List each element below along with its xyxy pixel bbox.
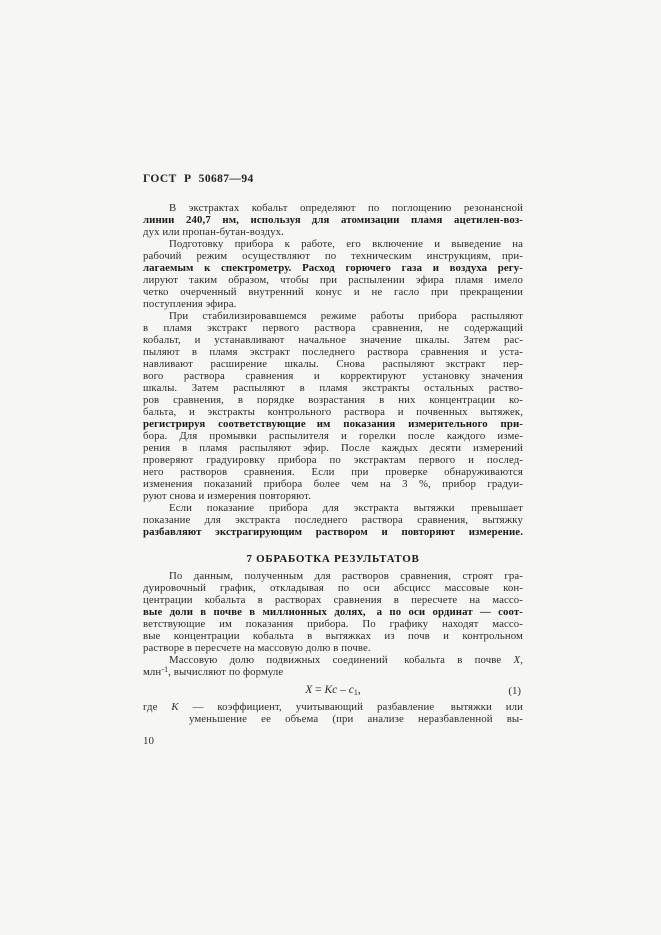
text-line: По данным, полученным для растворов срав… bbox=[143, 570, 523, 582]
text-line: регистрируя соответствующие им показания… bbox=[143, 418, 523, 430]
text-segment: центрации кобальта в растворах сравнения… bbox=[143, 594, 523, 606]
text-segment: бальта, и экстракты контрольного раствор… bbox=[143, 406, 523, 418]
text-segment: уменьшение ее объема (при анализе неразб… bbox=[189, 713, 523, 725]
text-segment: ров сравнения, в порядке возрастания в н… bbox=[143, 394, 523, 406]
text-line: пыляют в пламя экстракт последнего раств… bbox=[143, 346, 523, 358]
text-line: рабочий режим осуществляют по технически… bbox=[143, 250, 523, 262]
text-line: лагаемым к спектрометру. Расход горючего… bbox=[143, 262, 523, 274]
text-segment: навливают расширение шкалы. Снова распыл… bbox=[143, 358, 523, 370]
text-segment: регистрируя соответствующие им показания… bbox=[143, 418, 523, 430]
text-segment: руют снова и измерения повторяют. bbox=[143, 490, 311, 502]
text-segment: пыляют в пламя экстракт последнего раств… bbox=[143, 346, 523, 358]
text-line: него растворов сравнения. Если при прове… bbox=[143, 466, 523, 478]
text-segment: -1 bbox=[161, 666, 168, 674]
text-segment: ветствующие им показания прибора. По гра… bbox=[143, 618, 523, 630]
text-line: кобальт, и устанавливают начальное значе… bbox=[143, 334, 523, 346]
formula-line: X = Kc – c1,(1) bbox=[143, 684, 523, 697]
text-segment: Kc bbox=[325, 684, 338, 696]
text-line: бальта, и экстракты контрольного раствор… bbox=[143, 406, 523, 418]
text-segment: него растворов сравнения. Если при прове… bbox=[143, 466, 523, 478]
text-segment: где bbox=[143, 701, 171, 713]
document-body: В экстрактах кобальт определяют по погло… bbox=[143, 202, 523, 725]
text-line: дуировочный график, откладывая по оси аб… bbox=[143, 582, 523, 594]
text-line: вого раствора сравнения и корректируют у… bbox=[143, 370, 523, 382]
text-segment: линии 240,7 нм, используя для атомизации… bbox=[143, 214, 523, 226]
text-segment: вые концентрации кобальта в вытяжках из … bbox=[143, 630, 523, 642]
formula-number: (1) bbox=[508, 685, 521, 698]
text-line: поступления эфира. bbox=[143, 298, 523, 310]
document-code-header: ГОСТ Р 50687—94 bbox=[143, 173, 523, 185]
text-segment: лагаемым к спектрометру. Расход горючего… bbox=[143, 262, 523, 274]
text-segment: По данным, полученным для растворов срав… bbox=[169, 570, 523, 582]
text-segment: , bbox=[520, 654, 523, 666]
text-line: центрации кобальта в растворах сравнения… bbox=[143, 594, 523, 606]
scan-page: ГОСТ Р 50687—94 В экстрактах кобальт опр… bbox=[0, 0, 661, 935]
text-segment: Подготовку прибора к работе, его включен… bbox=[169, 238, 523, 250]
text-line: уменьшение ее объема (при анализе неразб… bbox=[143, 713, 523, 725]
page-number: 10 bbox=[143, 735, 523, 747]
text-line: изменения показаний прибора более чем на… bbox=[143, 478, 523, 490]
text-segment: показание для экстракта последнего раств… bbox=[143, 514, 523, 526]
text-line: показание для экстракта последнего раств… bbox=[143, 514, 523, 526]
text-line: ров сравнения, в порядке возрастания в н… bbox=[143, 394, 523, 406]
text-line: млн-1, вычисляют по формуле bbox=[143, 666, 523, 678]
text-segment: бора. Для промывки распылителя и горелки… bbox=[143, 430, 523, 442]
text-segment: , вычисляют по формуле bbox=[168, 666, 283, 678]
text-line: шкалы. Затем распыляют в пламя экстракты… bbox=[143, 382, 523, 394]
text-line: В экстрактах кобальт определяют по погло… bbox=[143, 202, 523, 214]
text-segment: четко очерченный внутренний конус и не г… bbox=[143, 286, 523, 298]
section-heading: 7 ОБРАБОТКА РЕЗУЛЬТАТОВ bbox=[143, 553, 523, 565]
text-segment: поступления эфира. bbox=[143, 298, 236, 310]
text-segment: = bbox=[312, 684, 324, 696]
text-segment: дух или пропан-бутан-воздух. bbox=[143, 226, 284, 238]
text-line: Если показание прибора для экстракта выт… bbox=[143, 502, 523, 514]
text-segment: изменения показаний прибора более чем на… bbox=[143, 478, 523, 490]
text-segment: лируют таким образом, чтобы при распылен… bbox=[143, 274, 523, 286]
text-line: дух или пропан-бутан-воздух. bbox=[143, 226, 523, 238]
text-segment: рабочий режим осуществляют по технически… bbox=[143, 250, 523, 262]
text-line: руют снова и измерения повторяют. bbox=[143, 490, 523, 502]
text-line: растворе в пересчете на массовую долю в … bbox=[143, 642, 523, 654]
text-line: вые концентрации кобальта в вытяжках из … bbox=[143, 630, 523, 642]
text-segment: рения в пламя распыляют эфир. После кажд… bbox=[143, 442, 523, 454]
text-segment: вые доли в почве в миллионных долях, а п… bbox=[143, 606, 523, 618]
text-segment: В экстрактах кобальт определяют по погло… bbox=[169, 202, 523, 214]
text-line: где K — коэффициент, учитывающий разбавл… bbox=[143, 701, 523, 713]
text-line: в пламя экстракт первого раствора сравне… bbox=[143, 322, 523, 334]
text-line: Массовую долю подвижных соединений кобал… bbox=[143, 654, 523, 666]
text-line: разбавляют экстрагирующим раствором и по… bbox=[143, 526, 523, 538]
text-line: лируют таким образом, чтобы при распылен… bbox=[143, 274, 523, 286]
text-segment: млн bbox=[143, 666, 161, 678]
text-line: линии 240,7 нм, используя для атомизации… bbox=[143, 214, 523, 226]
text-segment: Если показание прибора для экстракта выт… bbox=[169, 502, 523, 514]
text-line: Подготовку прибора к работе, его включен… bbox=[143, 238, 523, 250]
text-segment: 1 bbox=[354, 688, 358, 697]
text-segment: K bbox=[171, 701, 178, 713]
text-segment: растворе в пересчете на массовую долю в … bbox=[143, 642, 371, 654]
text-line: навливают расширение шкалы. Снова распыл… bbox=[143, 358, 523, 370]
text-segment: При стабилизировавшемся режиме работы пр… bbox=[169, 310, 523, 322]
text-segment: вого раствора сравнения и корректируют у… bbox=[143, 370, 523, 382]
text-segment: в пламя экстракт первого раствора сравне… bbox=[143, 322, 523, 334]
formula-expression: X = Kc – c1, bbox=[305, 684, 361, 696]
text-segment: шкалы. Затем распыляют в пламя экстракты… bbox=[143, 382, 523, 394]
text-segment: , bbox=[358, 684, 361, 696]
text-segment: Массовую долю подвижных соединений кобал… bbox=[169, 654, 513, 666]
text-line: проверяют градуировку прибора по экстрак… bbox=[143, 454, 523, 466]
text-segment: проверяют градуировку прибора по экстрак… bbox=[143, 454, 523, 466]
text-line: При стабилизировавшемся режиме работы пр… bbox=[143, 310, 523, 322]
text-segment: разбавляют экстрагирующим раствором и по… bbox=[143, 526, 523, 538]
document-column: ГОСТ Р 50687—94 В экстрактах кобальт опр… bbox=[143, 173, 523, 747]
text-segment: – bbox=[337, 684, 349, 696]
text-segment: — коэффициент, учитывающий разбавление в… bbox=[179, 701, 523, 713]
text-line: четко очерченный внутренний конус и не г… bbox=[143, 286, 523, 298]
text-line: вые доли в почве в миллионных долях, а п… bbox=[143, 606, 523, 618]
text-line: бора. Для промывки распылителя и горелки… bbox=[143, 430, 523, 442]
text-line: ветствующие им показания прибора. По гра… bbox=[143, 618, 523, 630]
text-segment: дуировочный график, откладывая по оси аб… bbox=[143, 582, 523, 594]
text-line: рения в пламя распыляют эфир. После кажд… bbox=[143, 442, 523, 454]
text-segment: кобальт, и устанавливают начальное значе… bbox=[143, 334, 523, 346]
